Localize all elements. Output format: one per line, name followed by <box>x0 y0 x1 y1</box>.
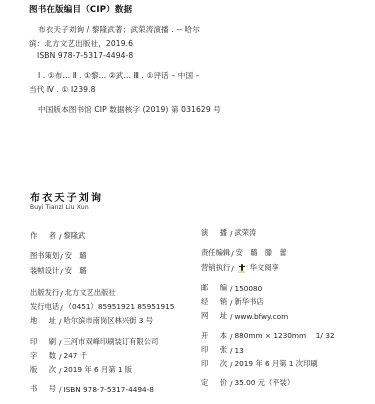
colophon-editor: 责任编辑 / 安 璐 滕 蕾 <box>201 248 287 258</box>
label: 定价 <box>201 378 229 388</box>
cip-line-1: 布衣天子刘询 / 黎隆武著；武荣涛演播 . -- 哈尔 <box>38 24 200 35</box>
colophon-distributor: 经销 / 新华书店 <box>201 297 264 307</box>
value: 150080 <box>234 284 262 293</box>
cip-line-5: 当代 Ⅳ . ① I239.8 <box>29 84 96 95</box>
huawen-logo-icon <box>238 264 247 273</box>
cip-line-3: ISBN 978-7-5317-4494-8 <box>37 51 133 60</box>
label: 图书策划 <box>30 251 59 261</box>
label: 经销 <box>201 297 229 307</box>
colophon-format: 开本 / 880mm × 1230mm 1/ 32 <box>201 331 334 341</box>
cip-line-4: Ⅰ . ①布… Ⅱ . ①黎… ②武… Ⅲ . ①评话 – 中国 – <box>38 70 200 81</box>
value: www.bfwy.com <box>234 312 288 321</box>
colophon-isbn: 书号 / ISBN 978-7-5317-4494-8 <box>30 384 154 394</box>
value: （0451）85951921 85951915 <box>65 302 175 312</box>
label: 演播 <box>201 228 229 238</box>
value: 哈尔滨市南岗区林兴街 3 号 <box>63 316 153 326</box>
cip-line-2: 滨：北方文艺出版社，2019.6 <box>29 38 133 49</box>
label: 发行电话 <box>30 302 59 312</box>
colophon-marketing: 营销执行 / 华文阅享 <box>201 263 279 273</box>
label: 出版发行 <box>30 288 59 298</box>
value: 黎隆武 <box>63 231 85 241</box>
book-title: 布衣天子刘询 <box>30 189 103 204</box>
value: 2019 年 6 月第 1 次印刷 <box>234 359 317 369</box>
label: 地址 <box>30 316 58 326</box>
label: 印张 <box>201 345 229 355</box>
colophon-website: 网址 / www.bfwy.com <box>201 311 288 321</box>
value: 880mm × 1230mm 1/ 32 <box>234 331 334 341</box>
value: 247 千 <box>63 351 87 361</box>
label: 网址 <box>201 311 229 321</box>
value: 35.00 元（平装） <box>234 378 294 388</box>
colophon-address: 地址 / 哈尔滨市南岗区林兴街 3 号 <box>30 316 153 326</box>
colophon-publisher: 出版发行 / 北方文艺出版社 <box>30 288 116 298</box>
value: 新华书店 <box>234 297 263 307</box>
label: 版次 <box>30 365 58 375</box>
value: 13 <box>234 346 243 355</box>
label: 责任编辑 <box>201 248 230 258</box>
colophon-sheets: 印张 / 13 <box>201 345 244 355</box>
colophon-printer: 印刷 / 三河市双峰印刷装订有限公司 <box>30 337 158 347</box>
cip-heading: 图书在版编目（CIP）数据 <box>29 3 132 15</box>
book-title-pinyin: Buyi Tianzi Liu Xun <box>30 204 89 211</box>
label: 作者 <box>30 231 58 241</box>
colophon-edition: 版次 / 2019 年 6 月第 1 版 <box>30 365 132 375</box>
label: 印次 <box>201 359 229 369</box>
label: 字数 <box>30 351 58 361</box>
value: 三河市双峰印刷装订有限公司 <box>63 337 158 347</box>
colophon-phone: 发行电话 / （0451）85951921 85951915 <box>30 302 174 312</box>
colophon-planner: 图书策划 / 安 璐 <box>30 251 87 261</box>
colophon-price: 定价 / 35.00 元（平装） <box>201 378 294 388</box>
value: 安 璐 <box>65 266 87 276</box>
value: 华文阅享 <box>250 263 279 273</box>
value: 2019 年 6 月第 1 版 <box>63 365 132 375</box>
cip-line-6: 中国版本图书馆 CIP 数据核字 (2019) 第 031629 号 <box>38 104 221 115</box>
colophon-author: 作者 / 黎隆武 <box>30 231 85 241</box>
value: 武荣涛 <box>234 228 256 238</box>
value: 安 璐 <box>65 251 87 261</box>
colophon-word-count: 字数 / 247 千 <box>30 351 87 361</box>
colophon-designer: 装帧设计 / 安 璐 <box>30 266 87 276</box>
colophon-printing: 印次 / 2019 年 6 月第 1 次印刷 <box>201 359 318 369</box>
value: 北方文艺出版社 <box>65 288 116 298</box>
colophon-narrator: 演播 / 武荣涛 <box>201 228 256 238</box>
label: 营销执行 <box>201 263 230 273</box>
label: 印刷 <box>30 337 58 347</box>
label: 装帧设计 <box>30 266 59 276</box>
value: ISBN 978-7-5317-4494-8 <box>63 385 153 394</box>
label: 书号 <box>30 384 58 394</box>
label: 邮编 <box>201 283 229 293</box>
value: 安 璐 滕 蕾 <box>236 248 287 258</box>
label: 开本 <box>201 331 229 341</box>
colophon-postcode: 邮编 / 150080 <box>201 283 262 293</box>
